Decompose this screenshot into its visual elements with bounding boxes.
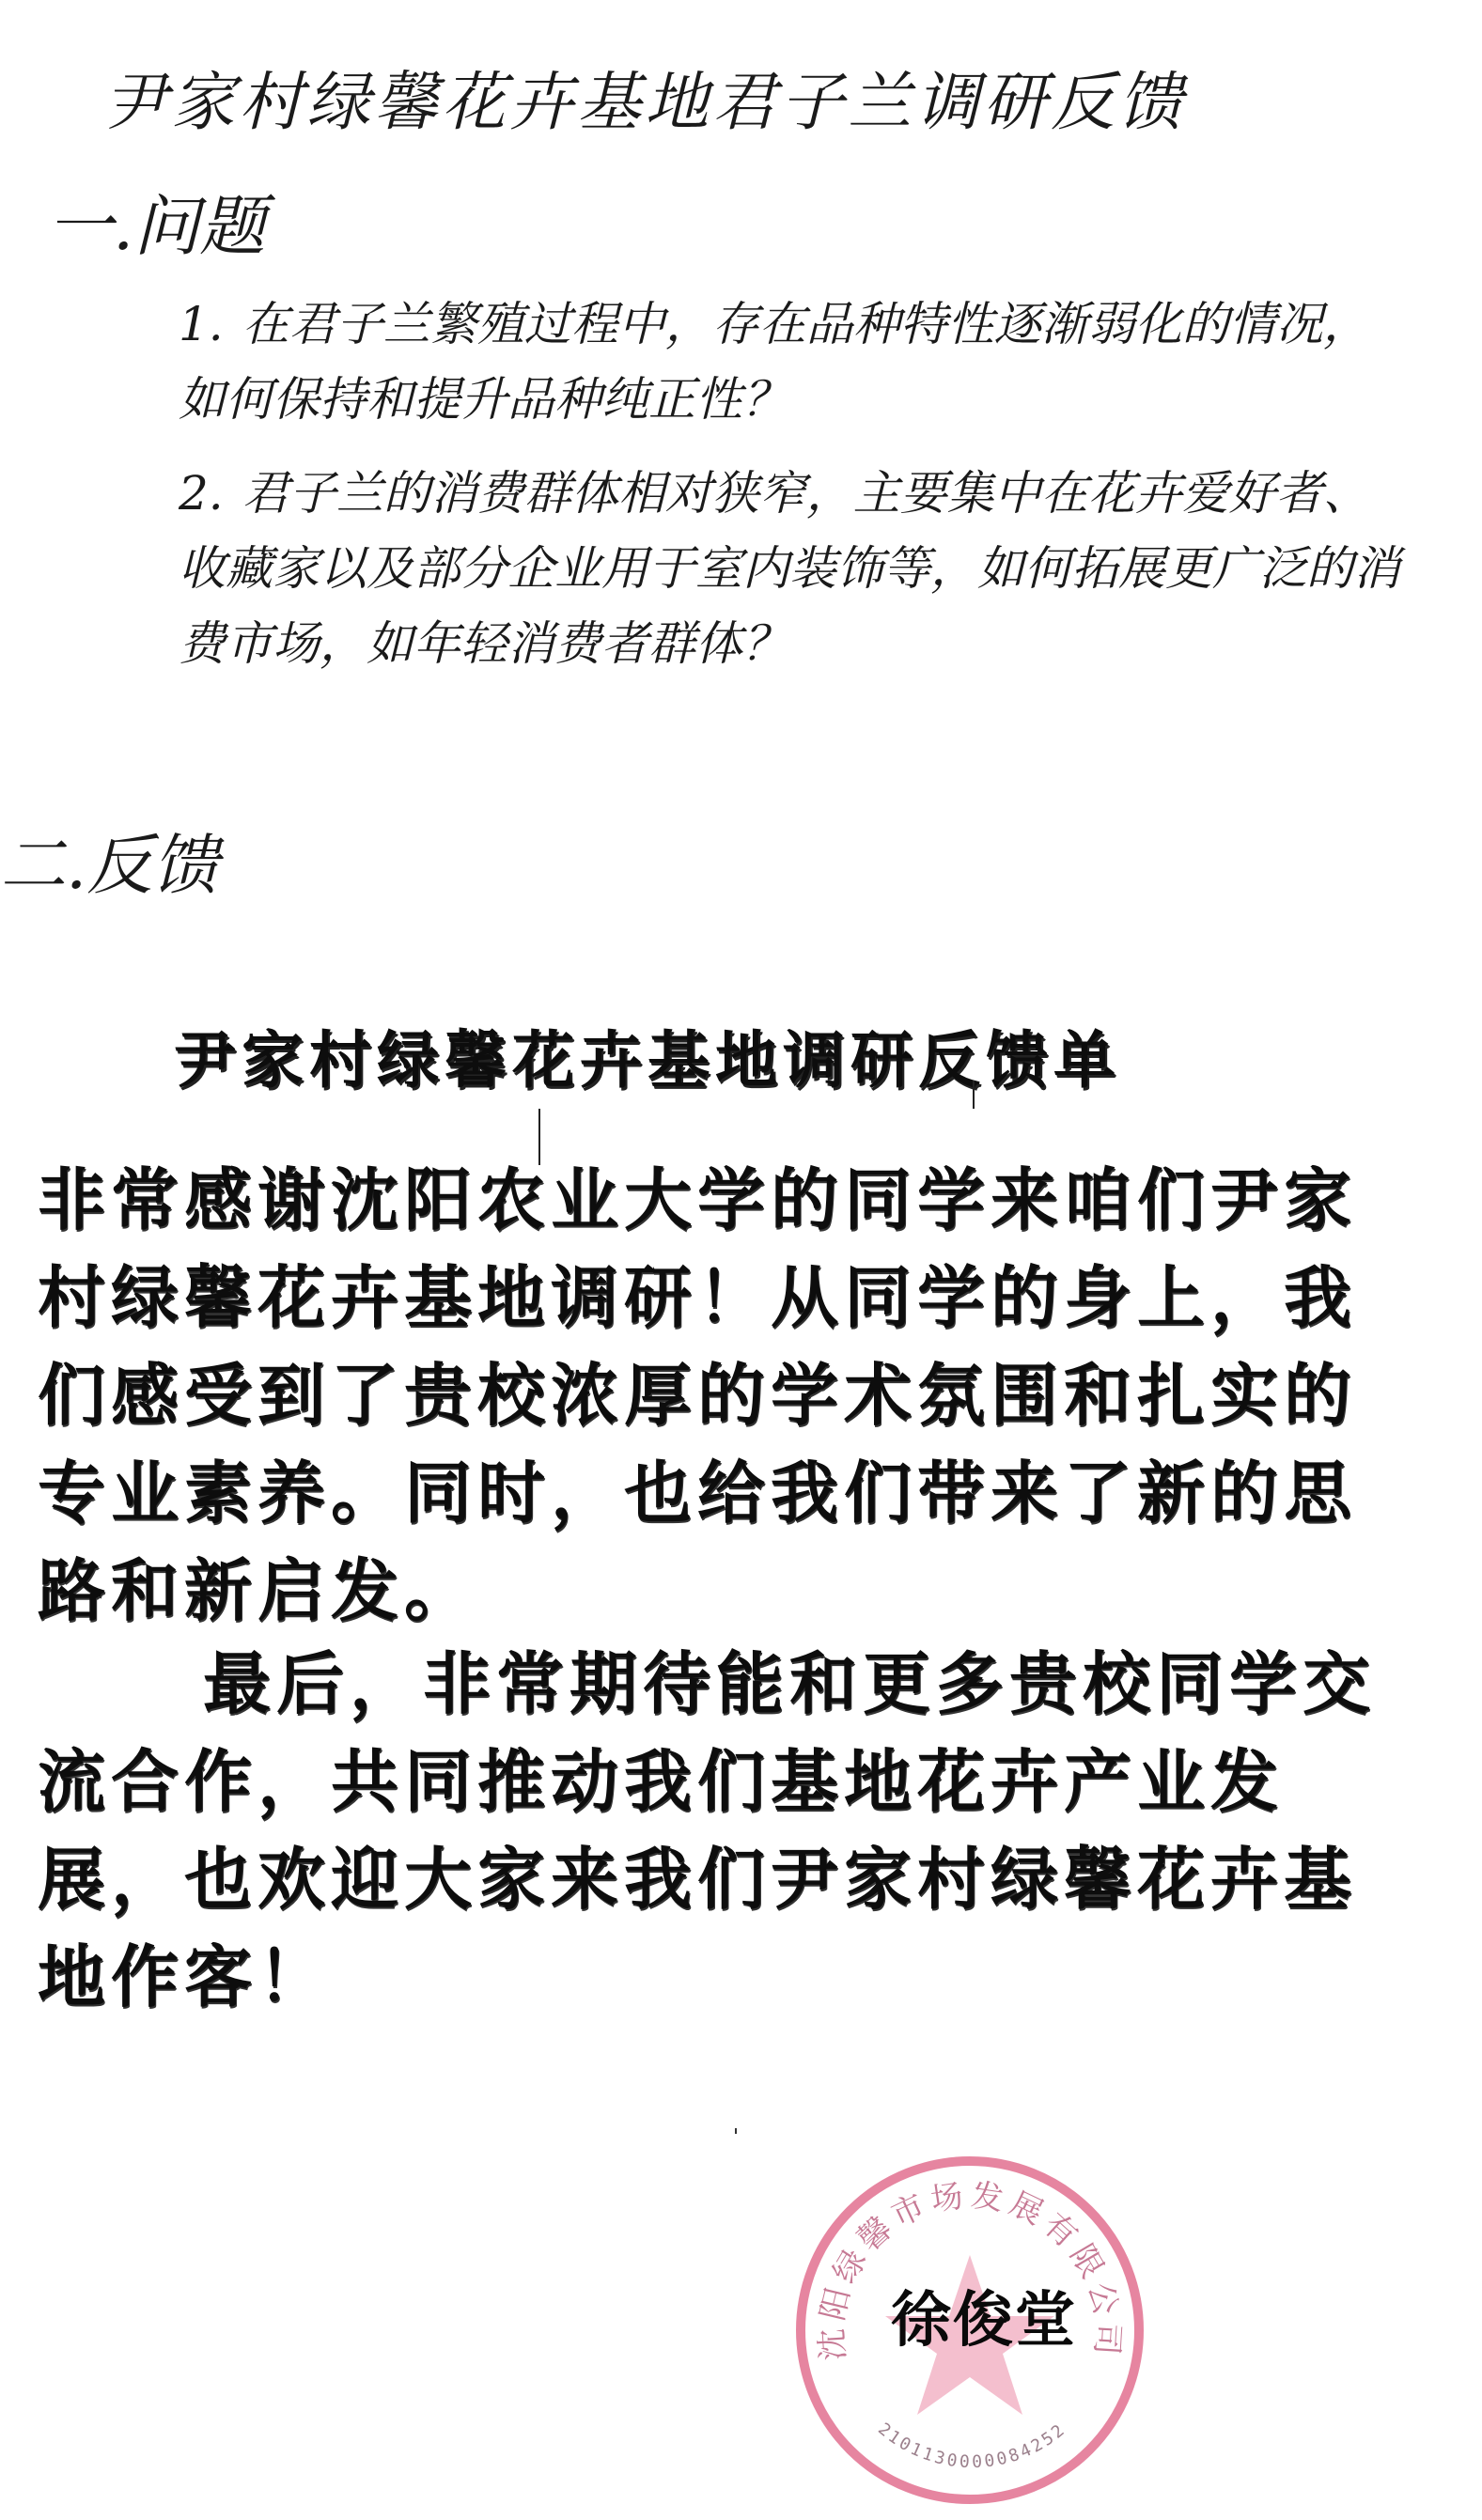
stray-pen-mark (973, 1081, 975, 1109)
letter-title: 尹家村绿馨花卉基地调研反馈单 (174, 1010, 1121, 1099)
question-number: 1. (179, 297, 224, 351)
section-heading-questions: 一.问题 (47, 174, 265, 269)
document-title: 尹家村绿馨花卉基地君子兰调研反馈 (103, 52, 1186, 143)
question-number: 2. (179, 466, 224, 521)
stray-dot-mark (735, 2128, 737, 2134)
question-text: 君子兰的消费群体相对狭窄，主要集中在花卉爱好者、收藏家以及部分企业用于室内装饰等… (179, 466, 1400, 671)
question-text: 在君子兰繁殖过程中，存在品种特性逐渐弱化的情况，如何保持和提升品种纯正性？ (179, 297, 1370, 427)
svg-text:2101130000084252: 2101130000084252 (874, 2419, 1070, 2472)
question-item-1: 1.在君子兰繁殖过程中，存在品种特性逐渐弱化的情况，如何保持和提升品种纯正性？ (179, 287, 1400, 437)
letter-paragraph-1: 非常感谢沈阳农业大学的同学来咱们尹家村绿馨花卉基地调研！从同学的身上，我们感受到… (38, 1151, 1381, 1640)
letter-paragraph-2: 最后，非常期待能和更多贵校同学交流合作，共同推动我们基地花卉产业发展，也欢迎大家… (38, 1635, 1381, 2026)
section-heading-feedback: 二.反馈 (0, 813, 218, 908)
signature: 徐俊堂 (891, 2272, 1077, 2358)
seal-number: 2101130000084252 (874, 2419, 1070, 2472)
question-item-2: 2.君子兰的消费群体相对狭窄，主要集中在花卉爱好者、收藏家以及部分企业用于室内装… (179, 456, 1400, 681)
